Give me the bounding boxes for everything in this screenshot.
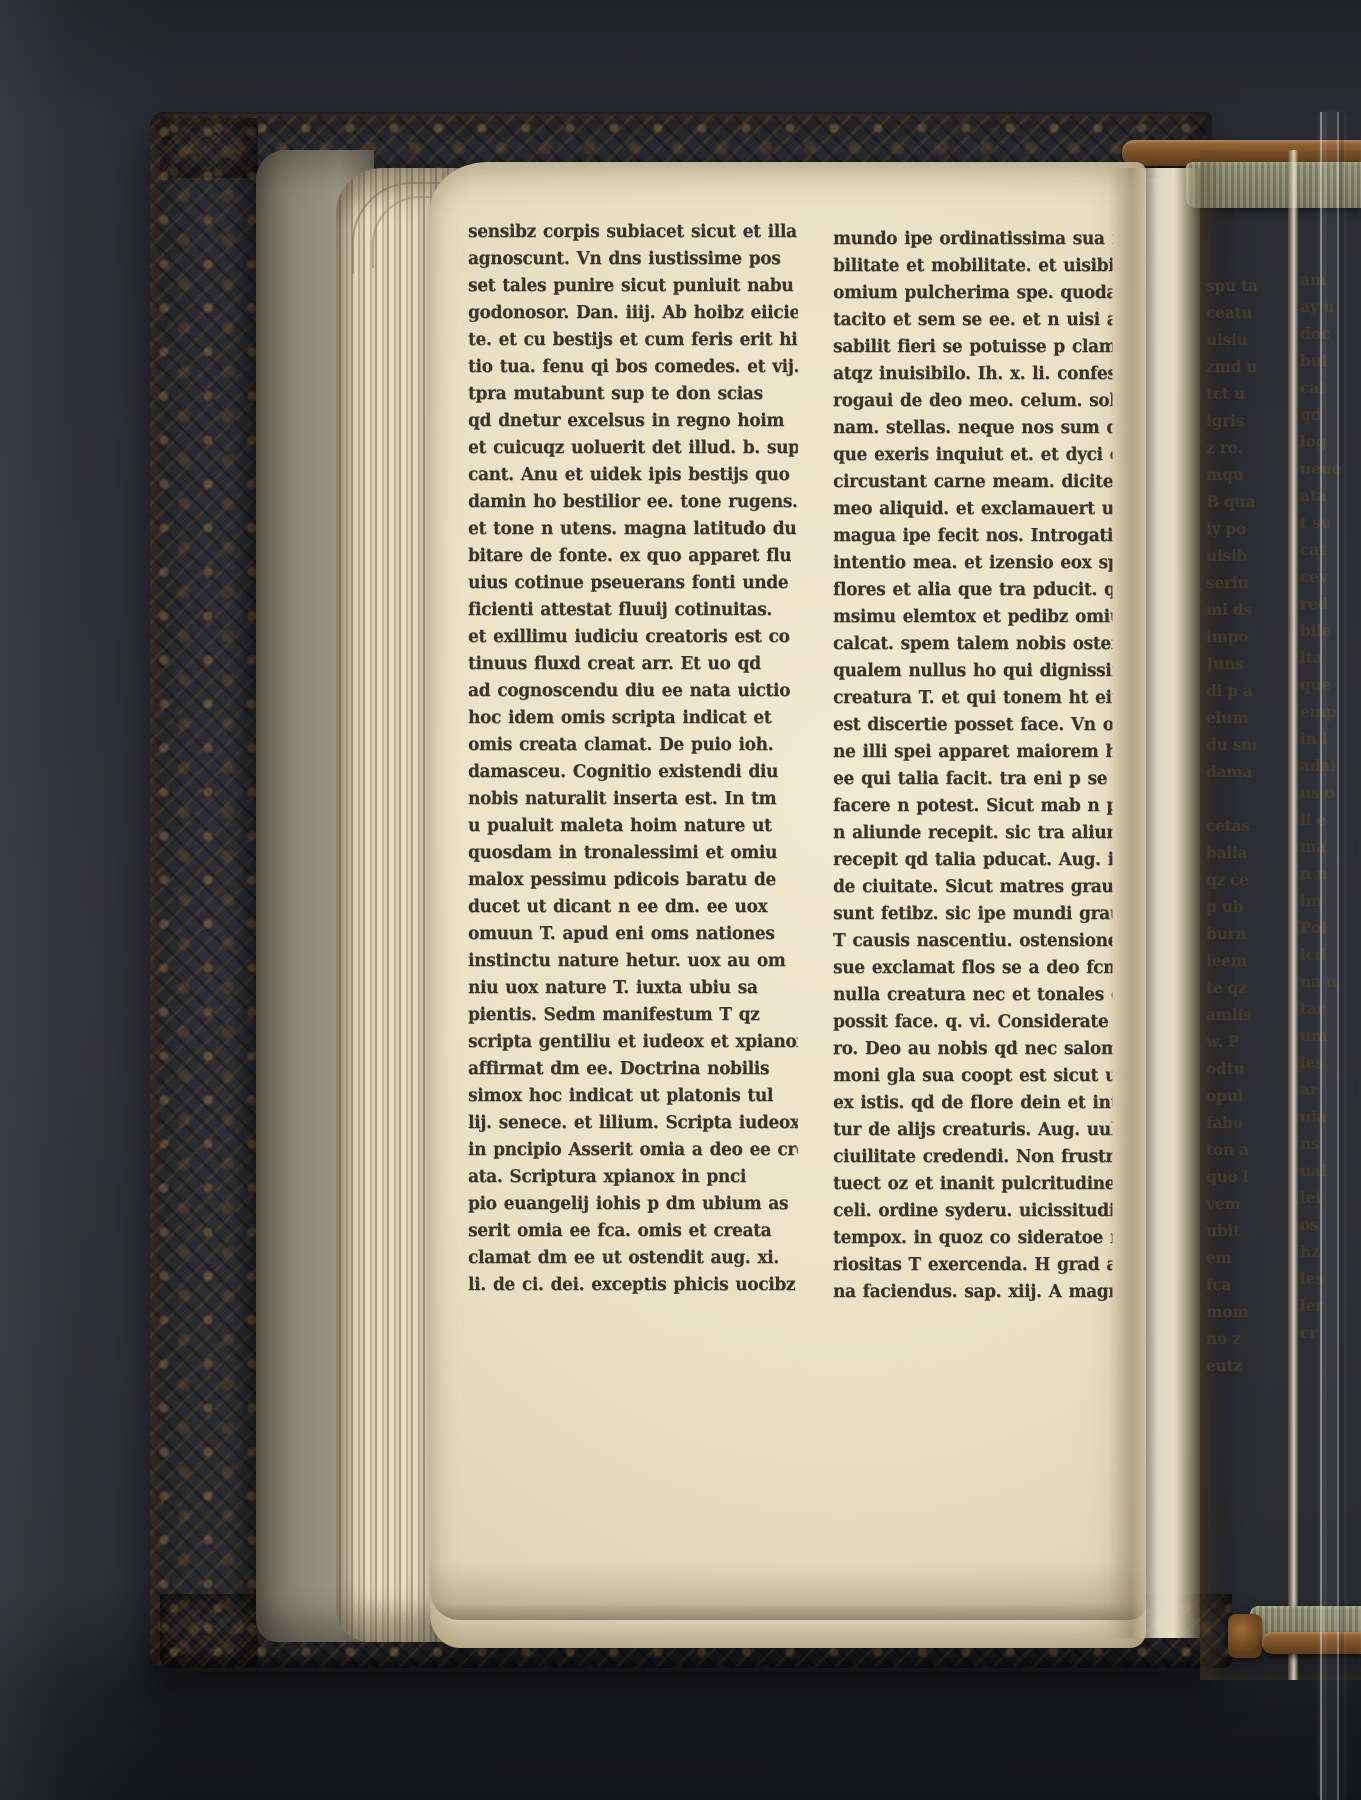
- manuscript-line: flores et alia que tra pducit. que e: [833, 577, 1112, 604]
- manuscript-line: creatura T. et qui tonem ht eiu: [833, 685, 1112, 712]
- acrylic-page-holder-rod: [1320, 112, 1344, 1800]
- manuscript-line: calcat. spem talem nobis ostendi: [833, 631, 1112, 658]
- manuscript-line: qd dnetur excelsus in regno hoim: [468, 408, 798, 435]
- manuscript-line: no z: [1206, 1325, 1290, 1352]
- manuscript-line: tacito et sem se ee. et n uisi adeo im: [833, 307, 1112, 334]
- manuscript-line: eium: [1206, 704, 1290, 731]
- manuscript-line: leem: [1206, 947, 1290, 974]
- manuscript-line: nulla creatura nec et tonales eum: [833, 982, 1112, 1009]
- manuscript-line: [1206, 785, 1290, 812]
- manuscript-line: rogaui de deo meo. celum. solem lu: [833, 388, 1112, 415]
- manuscript-line: nam. stellas. neque nos sum de: [833, 415, 1112, 442]
- manuscript-line: p ub: [1206, 893, 1290, 920]
- manuscript-line: fca: [1206, 1271, 1290, 1298]
- manuscript-line: mi ds: [1206, 596, 1290, 623]
- manuscript-line: li. de ci. dei. exceptis phicis uocibz: [468, 1272, 798, 1299]
- manuscript-line: ceatu: [1206, 299, 1290, 326]
- manuscript-line: facere n potest. Sicut mab n pt: [833, 793, 1112, 820]
- manuscript-line: tpra mutabunt sup te don scias: [468, 381, 798, 408]
- manuscript-line: te. et cu bestijs et cum feris erit hita: [468, 327, 798, 354]
- manuscript-line: w. P: [1206, 1028, 1290, 1055]
- manuscript-line: dama: [1206, 758, 1290, 785]
- manuscript-line: possit face. q. vi. Considerate lilia ag: [833, 1009, 1112, 1036]
- manuscript-line: na faciendus. sap. xiij. A magnitu: [833, 1279, 1112, 1306]
- manuscript-line: ex istis. qd de flore dein et intelligi: [833, 1090, 1112, 1117]
- next-leaf-fold-crease: [1288, 150, 1298, 1680]
- manuscript-line: et exillimu iudiciu creatoris est co: [468, 624, 798, 651]
- manuscript-line: qualem nullus ho qui dignissimi: [833, 658, 1112, 685]
- manuscript-line: bilitate et mobilitate. et uisibiliu: [833, 253, 1112, 280]
- manuscript-line: damin ho bestilior ee. tone rugens.: [468, 489, 798, 516]
- manuscript-line: uius cotinue pseuerans fonti unde: [468, 570, 798, 597]
- manuscript-line: ly po: [1206, 515, 1290, 542]
- manuscript-line: sensibz corpis subiacet sicut et illa: [468, 219, 798, 246]
- manuscript-line: tempox. in quoz co sideratoe n cu: [833, 1225, 1112, 1252]
- manuscript-line: omuun T. apud eni oms nationes: [468, 921, 798, 948]
- manuscript-line: agnoscunt. Vn dns iustissime pos: [468, 246, 798, 273]
- manuscript-line: tinuus fluxd creat arr. Et uo qd: [468, 651, 798, 678]
- manuscript-line: affirmat dm ee. Doctrina nobilis: [468, 1056, 798, 1083]
- manuscript-line: tio tua. fenu qi bos comedes. et vij.: [468, 354, 798, 381]
- manuscript-line: ata. Scriptura xpianox in pnci: [468, 1164, 798, 1191]
- binding-strap-bottom: [1262, 1632, 1361, 1654]
- manuscript-line: pientis. Sedm manifestum T qz: [468, 1002, 798, 1029]
- manuscript-line: nobis naturalit inserta est. In tm: [468, 786, 798, 813]
- manuscript-line: ducet ut dicant n ee dm. ee uox: [468, 894, 798, 921]
- manuscript-line: tct u: [1206, 380, 1290, 407]
- manuscript-line: tur de alijs creaturis. Aug. uult: [833, 1117, 1112, 1144]
- manuscript-line: pio euangelij iohis p dm ubium as: [468, 1191, 798, 1218]
- manuscript-line: malox pessimu pdicois baratu de: [468, 867, 798, 894]
- manuscript-line: ficienti attestat fluuij cotinuitas.: [468, 597, 798, 624]
- manuscript-line: godonosor. Dan. iiij. Ab hoibz eiicie: [468, 300, 798, 327]
- manuscript-line: mom: [1206, 1298, 1290, 1325]
- manuscript-line: odtu: [1206, 1055, 1290, 1082]
- manuscript-line: Juns: [1206, 650, 1290, 677]
- manuscript-line: quo l: [1206, 1163, 1290, 1190]
- manuscript-line: mundo ipe ordinatissima sua mu: [833, 226, 1112, 253]
- manuscript-line: uisiu: [1206, 326, 1290, 353]
- manuscript-line: hoc idem omis scripta indicat et: [468, 705, 798, 732]
- page-curl-gutter: [1108, 168, 1200, 1638]
- manuscript-line: clamat dm ee ut ostendit aug. xi.: [468, 1245, 798, 1272]
- manuscript-line: burn: [1206, 920, 1290, 947]
- binding-tooled-left-border: [150, 118, 258, 1666]
- manuscript-line: ne illi spei apparet maiorem ho: [833, 739, 1112, 766]
- manuscript-line: atqz inuisibilo. Ih. x. li. confes. I: [833, 361, 1112, 388]
- clasp-buckle: [1228, 1614, 1262, 1658]
- manuscript-line: quosdam in tronalessimi et omiu: [468, 840, 798, 867]
- manuscript-line: balla: [1206, 839, 1290, 866]
- manuscript-line: que exeris inquiut et. et dyci omibz que: [833, 442, 1112, 469]
- manuscript-line: te qz: [1206, 974, 1290, 1001]
- manuscript-line: niu uox nature T. iuxta ubiu sa: [468, 975, 798, 1002]
- manuscript-line: set tales punire sicut puniuit nabu: [468, 273, 798, 300]
- manuscript-line: omium pulcherima spe. quodam: [833, 280, 1112, 307]
- manuscript-photo: sensibz corpis subiacet sicut et illaagn…: [0, 0, 1361, 1800]
- manuscript-line: est discertie posset face. Vn osten: [833, 712, 1112, 739]
- manuscript-line: sabilit fieri se potuisse p clam: [833, 334, 1112, 361]
- manuscript-line: uisib: [1206, 542, 1290, 569]
- manuscript-line: seriu: [1206, 569, 1290, 596]
- manuscript-line: B qua: [1206, 488, 1290, 515]
- manuscript-line: ro. Deo au nobis qd nec salomo: [833, 1036, 1112, 1063]
- manuscript-line: damasceu. Cognitio existendi diu: [468, 759, 798, 786]
- manuscript-line: magua ipe fecit nos. Introgatio: [833, 523, 1112, 550]
- manuscript-line: recepit qd talia pducat. Aug. in li: [833, 847, 1112, 874]
- manuscript-line: sue exclamat flos se a deo fcm ee. et: [833, 955, 1112, 982]
- next-leaf-text-strip-a: spu taceatuuisiuzmd utct uigrisz ro.mquB…: [1206, 272, 1290, 1379]
- manuscript-line: et cuicuqz uoluerit det illud. b. sup: [468, 435, 798, 462]
- manuscript-line: circustant carne meam. dicite de: [833, 469, 1112, 496]
- manuscript-line: amlis: [1206, 1001, 1290, 1028]
- manuscript-line: T causis nascentiu. ostensione q spi: [833, 928, 1112, 955]
- text-column-right: mundo ipe ordinatissima sua mubilitate e…: [833, 226, 1112, 1306]
- manuscript-line: cant. Anu et uidek ipis bestijs quo: [468, 462, 798, 489]
- manuscript-line: cetas: [1206, 812, 1290, 839]
- manuscript-line: impo: [1206, 623, 1290, 650]
- manuscript-line: qz ce: [1206, 866, 1290, 893]
- page-bottom-shadow: [430, 1560, 1146, 1620]
- manuscript-line: ton a: [1206, 1136, 1290, 1163]
- manuscript-line: mqu: [1206, 461, 1290, 488]
- manuscript-line: ee qui talia facit. tra eni p se tale: [833, 766, 1112, 793]
- manuscript-line: simox hoc indicat ut platonis tul: [468, 1083, 798, 1110]
- manuscript-line: instinctu nature hetur. uox au om: [468, 948, 798, 975]
- manuscript-line: spu ta: [1206, 272, 1290, 299]
- manuscript-line: ciuilitate credendi. Non frustra: [833, 1144, 1112, 1171]
- text-column-left: sensibz corpis subiacet sicut et illaagn…: [468, 219, 798, 1299]
- manuscript-line: de ciuitate. Sicut matres grauide: [833, 874, 1112, 901]
- manuscript-line: et tone n utens. magna latitudo du: [468, 516, 798, 543]
- manuscript-line: omis creata clamat. De puio ioh.: [468, 732, 798, 759]
- manuscript-line: tuect oz et inanit pulcritudinem: [833, 1171, 1112, 1198]
- manuscript-line: serit omia ee fca. omis et creata: [468, 1218, 798, 1245]
- manuscript-line: du sm: [1206, 731, 1290, 758]
- manuscript-line: riositas T exercenda. H grad ad cre: [833, 1252, 1112, 1279]
- manuscript-line: intentio mea. et izensio eox spes eox: [833, 550, 1112, 577]
- manuscript-line: scripta gentiliu et iudeox et xpianox: [468, 1029, 798, 1056]
- manuscript-line: celi. ordine syderu. uicissitudinem: [833, 1198, 1112, 1225]
- manuscript-line: z ro.: [1206, 434, 1290, 461]
- manuscript-line: meo aliquid. et exclamauert uoce: [833, 496, 1112, 523]
- manuscript-line: ubit: [1206, 1217, 1290, 1244]
- manuscript-line: em: [1206, 1244, 1290, 1271]
- manuscript-line: n aliunde recepit. sic tra aliunde: [833, 820, 1112, 847]
- manuscript-line: in pncipio Asserit omia a deo ee cre: [468, 1137, 798, 1164]
- manuscript-line: vem: [1206, 1190, 1290, 1217]
- backdrop-light: [0, 0, 170, 1800]
- manuscript-line: bitare de fonte. ex quo apparet flu: [468, 543, 798, 570]
- manuscript-line: zmd u: [1206, 353, 1290, 380]
- manuscript-line: sunt fetibz. sic ipe mundi grauidus: [833, 901, 1112, 928]
- manuscript-line: eutz: [1206, 1352, 1290, 1379]
- manuscript-line: msimu elemtox et pedibz omium: [833, 604, 1112, 631]
- manuscript-line: lij. senece. et lilium. Scripta iudeox: [468, 1110, 798, 1137]
- manuscript-line: igris: [1206, 407, 1290, 434]
- manuscript-line: moni gla sua coopt est sicut uni: [833, 1063, 1112, 1090]
- manuscript-line: opui: [1206, 1082, 1290, 1109]
- manuscript-line: fabo: [1206, 1109, 1290, 1136]
- manuscript-line: di p a: [1206, 677, 1290, 704]
- manuscript-line: u pualuit maleta hoim nature ut: [468, 813, 798, 840]
- manuscript-line: ad cognoscendu diu ee nata uictio: [468, 678, 798, 705]
